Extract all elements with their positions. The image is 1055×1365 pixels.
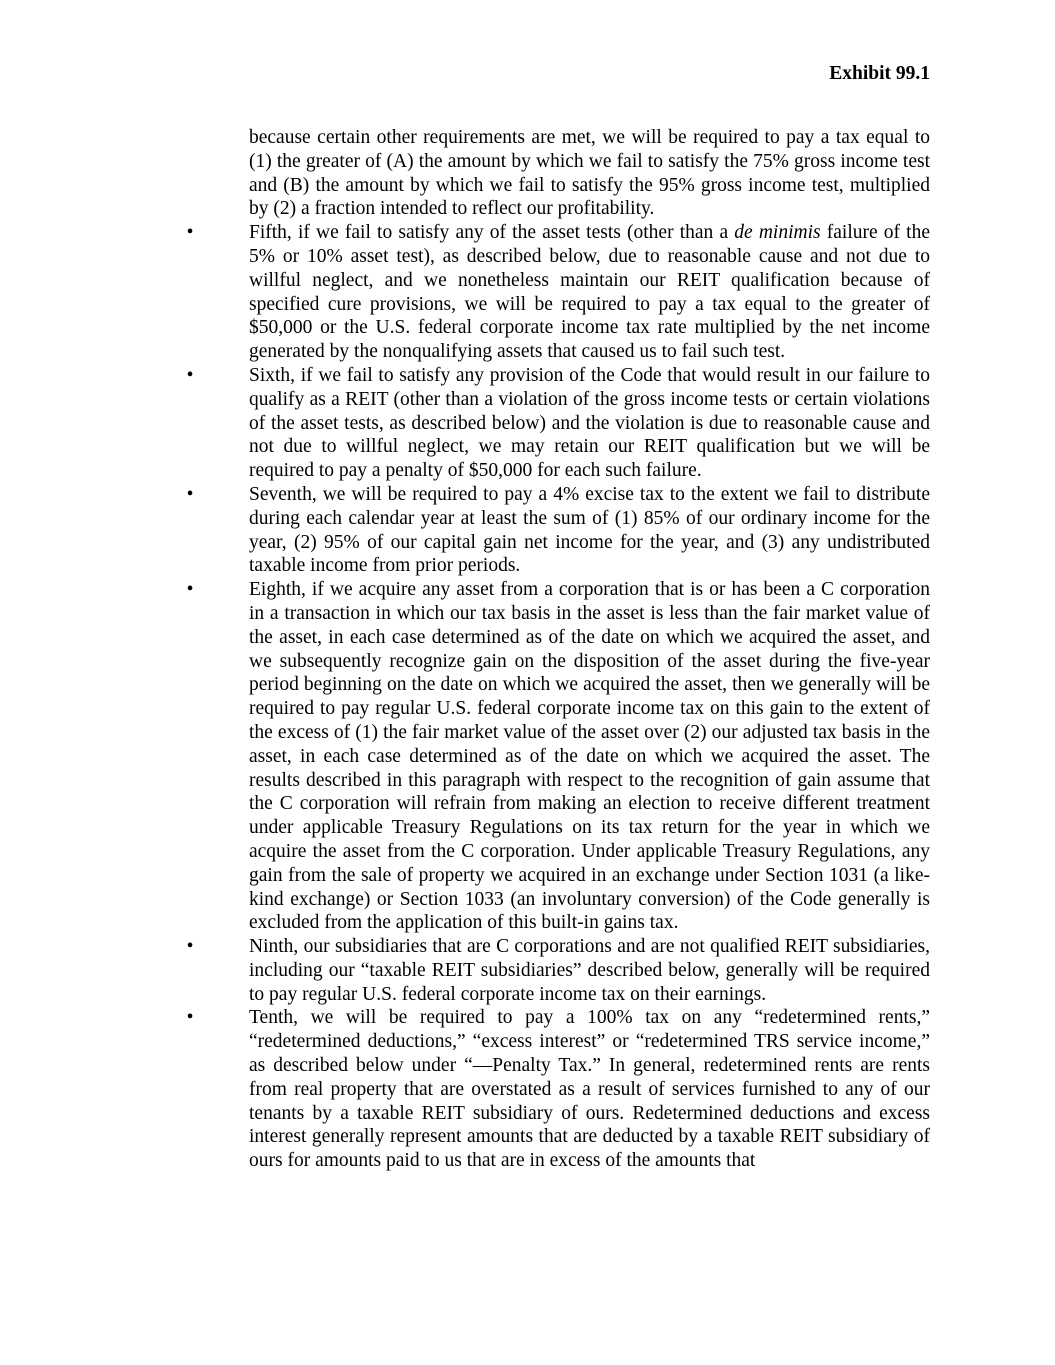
list-item-ninth: • Ninth, our subsidiaries that are C cor… [249,935,930,1006]
list-item-text: Ninth, our subsidiaries that are C corpo… [249,935,930,1006]
list-item-text: Fifth, if we fail to satisfy any of the … [249,221,930,364]
list-item-text: Seventh, we will be required to pay a 4%… [249,483,930,578]
list-item-tenth: • Tenth, we will be required to pay a 10… [249,1006,930,1173]
bullet-icon: • [185,1006,195,1030]
list-item-sixth: • Sixth, if we fail to satisfy any provi… [249,364,930,483]
list-item-fifth: • Fifth, if we fail to satisfy any of th… [249,221,930,364]
text-segment: Fifth, if we fail to satisfy any of the … [249,222,734,243]
list-item-text: Sixth, if we fail to satisfy any provisi… [249,364,930,483]
bullet-icon: • [185,935,195,959]
list-item-eighth: • Eighth, if we acquire any asset from a… [249,578,930,935]
exhibit-label: Exhibit 99.1 [829,62,930,86]
list-item-text: Tenth, we will be required to pay a 100%… [249,1006,930,1173]
bullet-icon: • [185,578,195,602]
document-body: because certain other requirements are m… [249,126,930,1173]
list-item-text: Eighth, if we acquire any asset from a c… [249,578,930,935]
continuation-paragraph: because certain other requirements are m… [249,126,930,221]
bullet-icon: • [185,364,195,388]
italic-term: de minimis [734,222,820,243]
bullet-icon: • [185,483,195,507]
bullet-icon: • [185,221,195,245]
list-item-seventh: • Seventh, we will be required to pay a … [249,483,930,578]
